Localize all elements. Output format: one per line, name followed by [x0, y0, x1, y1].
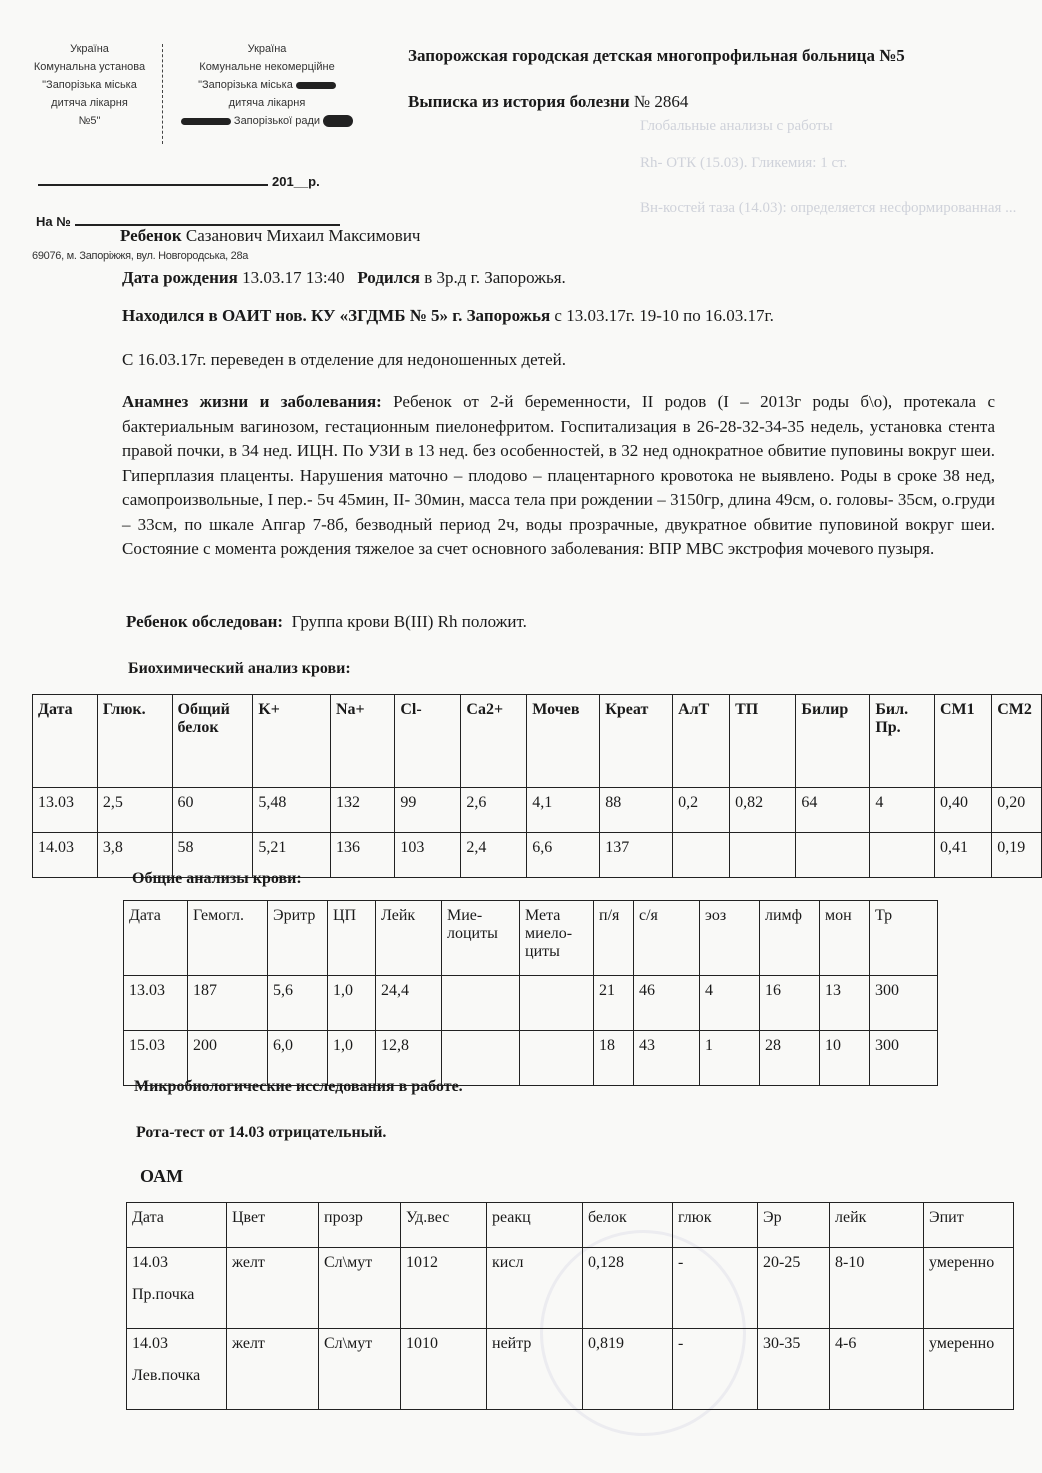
sample-date: 14.03 [132, 1335, 168, 1352]
anamnesis-label: Анамнез жизни и заболевания: [122, 392, 382, 411]
birth-datetime: 13.03.17 13:40 [242, 268, 344, 287]
bleed-through-text: Rh- ОТК (15.03). Гликемия: 1 ст. [640, 155, 847, 172]
table-cell: 13 [820, 976, 870, 1031]
table-cell: 88 [600, 788, 673, 833]
table-cell: 1012 [401, 1248, 487, 1329]
table-cell: 13.03 [33, 788, 98, 833]
table-header-row: Дата Глюк. Общий белок K+ Na+ Cl- Ca2+ М… [33, 695, 1042, 788]
birth-line: Дата рождения 13.03.17 13:40 Родился в 3… [122, 268, 566, 288]
table-cell: 24,4 [376, 976, 442, 1031]
stay-line: Находился в ОАИТ нов. КУ «ЗГДМБ № 5» г. … [122, 306, 774, 326]
table-cell: 60 [172, 788, 253, 833]
table-cell: 187 [188, 976, 268, 1031]
biochem-table: Дата Глюк. Общий белок K+ Na+ Cl- Ca2+ М… [32, 694, 1042, 878]
bleed-through-text: Глобальные анализы с работы [640, 118, 833, 135]
table-cell: Сл\мут [319, 1248, 401, 1329]
table-cell: 43 [634, 1031, 700, 1086]
table-cell: 0,40 [934, 788, 991, 833]
table-row: 14.03Пр.почкажелтСл\мут1012кисл0,128-20-… [127, 1248, 1014, 1329]
table-cell: 0,41 [934, 833, 991, 878]
table-cell: 18 [594, 1031, 634, 1086]
birth-place: в 3р.д г. Запорожья. [424, 268, 566, 287]
table-cell [520, 1031, 594, 1086]
table-cell: 16 [760, 976, 820, 1031]
bleed-through-text: Вн-костей таза (14.03): определяется нес… [640, 200, 1016, 217]
table-cell: 99 [395, 788, 461, 833]
table-cell: желт [227, 1329, 319, 1410]
table-cell: умеренно [924, 1329, 1014, 1410]
stamp-left-column: Україна Комунальна установа "Запорізька … [22, 40, 157, 130]
table-cell: 4 [700, 976, 760, 1031]
table-cell: 4,1 [527, 788, 600, 833]
table-cell: 13.03 [124, 976, 188, 1031]
anamnesis-text: Ребенок от 2-й беременности, II родов (I… [122, 392, 995, 558]
table-cell: 137 [600, 833, 673, 878]
table-cell-date-site: 14.03Лев.почка [127, 1329, 227, 1410]
table-cell: 0,20 [992, 788, 1042, 833]
table-cell: 20-25 [758, 1248, 830, 1329]
stamp-divider [162, 44, 164, 144]
stamp-right-column: Україна Комунальне некомерційне "Запоріз… [167, 40, 367, 130]
table-cell: 136 [330, 833, 394, 878]
table-cell: 1,0 [328, 976, 376, 1031]
table-cell: 5,48 [253, 788, 331, 833]
stay-period: с 13.03.17г. 19-10 по 16.03.17г. [554, 306, 773, 325]
date-blank-rule [38, 184, 268, 186]
redaction-mark [296, 82, 336, 89]
table-cell: 1010 [401, 1329, 487, 1410]
official-stamp: Україна Комунальна установа "Запорізька … [22, 40, 362, 140]
table-cell: 30-35 [758, 1329, 830, 1410]
table-cell: 0,19 [992, 833, 1042, 878]
table-cell: 103 [395, 833, 461, 878]
oam-title: ОАМ [140, 1166, 183, 1187]
table-cell: 64 [796, 788, 870, 833]
table-cell [870, 833, 935, 878]
table-cell: желт [227, 1248, 319, 1329]
redaction-mark [323, 115, 353, 127]
table-cell: 10 [820, 1031, 870, 1086]
stamp-address: 69076, м. Запоріжжя, вул. Новгородська, … [32, 250, 248, 262]
table-cell: умеренно [924, 1248, 1014, 1329]
table-cell: 300 [870, 976, 938, 1031]
table-row: 13.032,5605,48132992,64,1880,20,826440,4… [33, 788, 1042, 833]
case-number: № 2864 [634, 92, 688, 111]
examined-line: Ребенок обследован: Группа крови B(III) … [126, 612, 527, 632]
microbiology-note: Микробиологические исследования в работе… [134, 1078, 463, 1096]
table-cell: 5,6 [268, 976, 328, 1031]
hospital-title: Запорожская городская детская многопрофи… [408, 46, 905, 66]
date-line: 201__р. [38, 174, 320, 189]
sample-site: Пр.почка [132, 1286, 222, 1304]
redaction-mark [181, 118, 231, 125]
table-cell: 2,4 [461, 833, 527, 878]
table-cell: 14.03 [33, 833, 98, 878]
table-header-row: Дата Цвет прозр Уд.вес реакц белок глюк … [127, 1203, 1014, 1248]
sample-date: 14.03 [132, 1254, 168, 1271]
table-cell-date-site: 14.03Пр.почка [127, 1248, 227, 1329]
table-cell: 4 [870, 788, 935, 833]
table-cell: 21 [594, 976, 634, 1031]
blood-group: Группа крови B(III) Rh положит. [292, 612, 527, 631]
sample-site: Лев.почка [132, 1367, 222, 1385]
table-cell [796, 833, 870, 878]
table-cell: 0,82 [730, 788, 796, 833]
table-cell: - [673, 1248, 758, 1329]
table-cell: кисл [487, 1248, 583, 1329]
anamnesis-paragraph: Анамнез жизни и заболевания: Ребенок от … [122, 390, 995, 562]
table-cell: - [673, 1329, 758, 1410]
table-header-row: Дата Гемогл. Эритр ЦП Лейк Мие-лоциты Ме… [124, 901, 938, 976]
table-cell: Сл\мут [319, 1329, 401, 1410]
table-cell: 132 [330, 788, 394, 833]
table-cell: 2,6 [461, 788, 527, 833]
table-row: 13.031875,61,024,4214641613300 [124, 976, 938, 1031]
patient-name-line: Ребенок Сазанович Михаил Максимович [120, 226, 420, 246]
biochem-title: Биохимический анализ крови: [128, 660, 351, 678]
table-cell [673, 833, 730, 878]
transfer-line: С 16.03.17г. переведен в отделение для н… [122, 350, 566, 370]
table-cell: 0,2 [673, 788, 730, 833]
table-cell [442, 976, 520, 1031]
table-cell: 46 [634, 976, 700, 1031]
table-cell: 4-6 [830, 1329, 924, 1410]
table-cell [520, 976, 594, 1031]
rota-test-note: Рота-тест от 14.03 отрицательный. [136, 1124, 386, 1142]
extract-title: Выписка из история болезни № 2864 [408, 92, 688, 112]
table-cell: нейтр [487, 1329, 583, 1410]
table-cell [730, 833, 796, 878]
table-cell: 300 [870, 1031, 938, 1086]
patient-name: Сазанович Михаил Максимович [186, 226, 421, 245]
table-cell: 8-10 [830, 1248, 924, 1329]
table-cell: 0,819 [583, 1329, 673, 1410]
table-cell: 6,6 [527, 833, 600, 878]
table-cell: 1 [700, 1031, 760, 1086]
cbc-table: Дата Гемогл. Эритр ЦП Лейк Мие-лоциты Ме… [123, 900, 938, 1086]
urinalysis-table: Дата Цвет прозр Уд.вес реакц белок глюк … [126, 1202, 1014, 1410]
table-cell: 2,5 [97, 788, 172, 833]
table-cell: 28 [760, 1031, 820, 1086]
table-cell: 0,128 [583, 1248, 673, 1329]
cbc-title: Общие анализы крови: [132, 870, 302, 888]
table-row: 14.03Лев.почкажелтСл\мут1010нейтр0,819-3… [127, 1329, 1014, 1410]
